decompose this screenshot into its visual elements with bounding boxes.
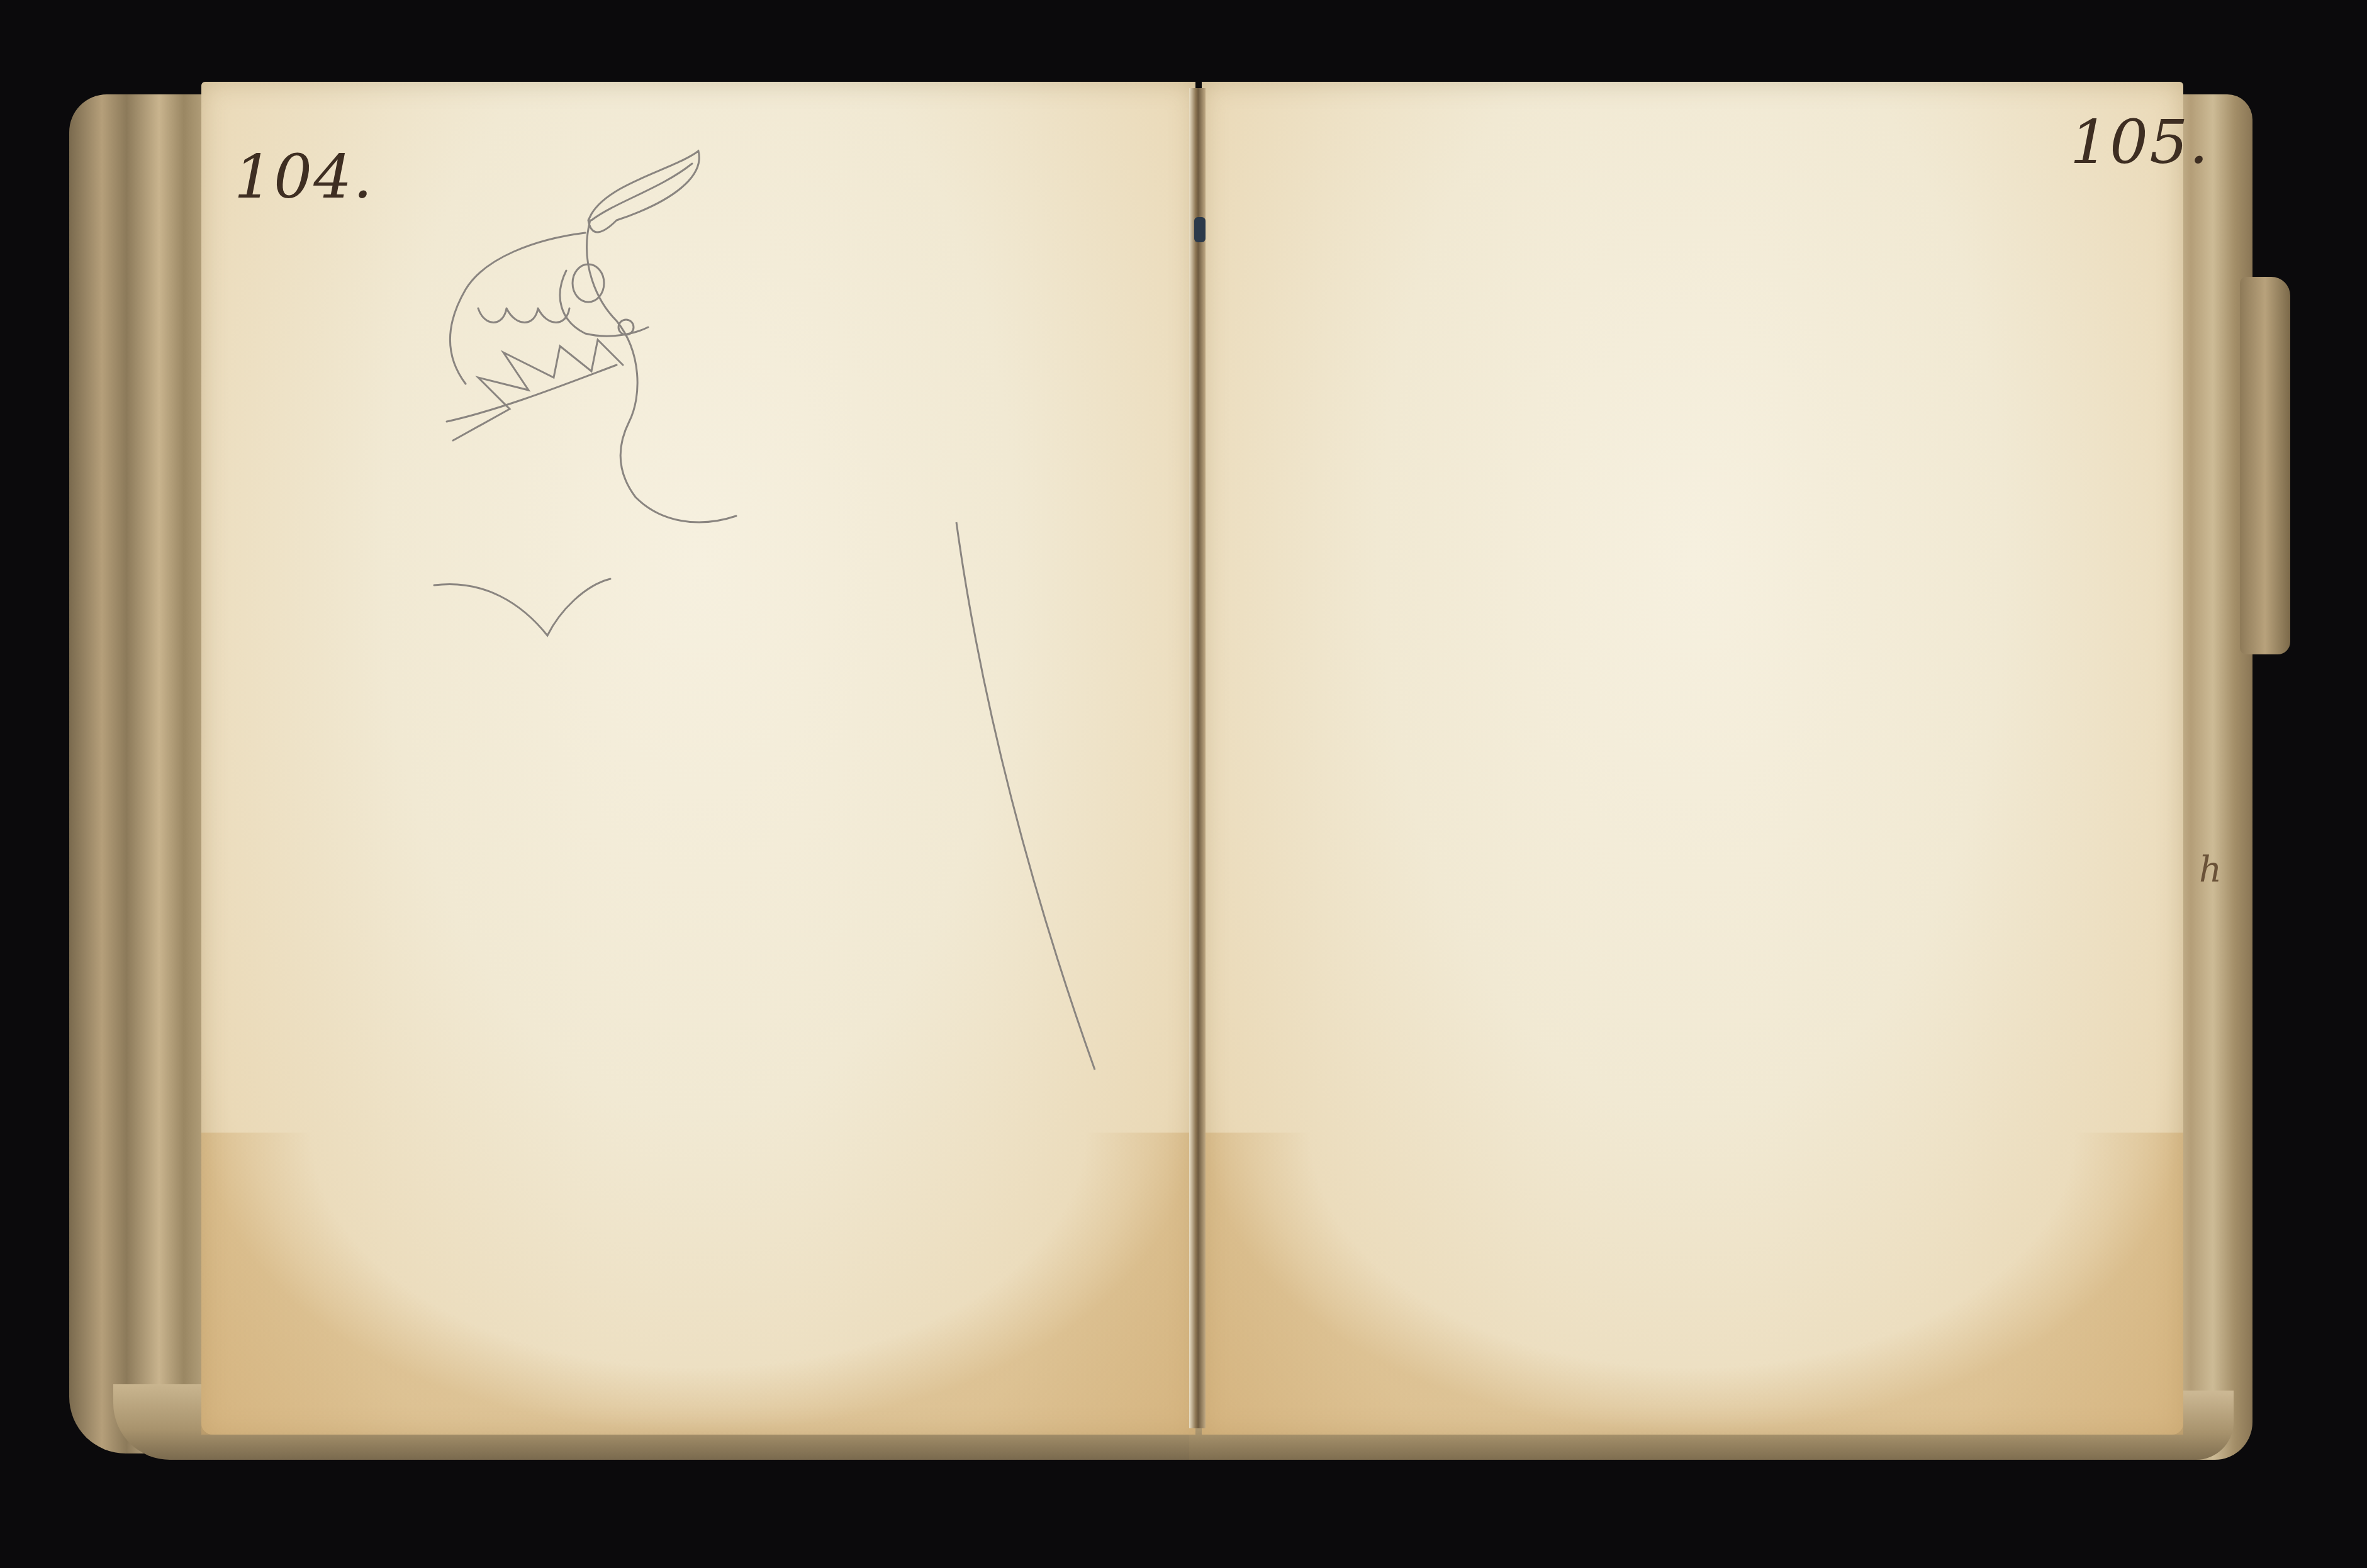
folio-number-left: 104. <box>234 142 374 212</box>
open-book: 104. 105. h <box>0 0 2367 1568</box>
folio-number-right: 105. <box>2070 107 2210 177</box>
margin-mark: h <box>2199 849 2222 890</box>
gutter-binding <box>1189 88 1206 1428</box>
pencil-sketch <box>409 145 849 931</box>
right-page <box>1202 82 2183 1435</box>
torn-tab-fragment <box>2240 277 2290 654</box>
pencil-stroke <box>944 516 1120 1082</box>
binding-clip <box>1194 217 1206 242</box>
water-stain <box>1202 1133 2183 1435</box>
water-stain <box>201 1133 1195 1435</box>
